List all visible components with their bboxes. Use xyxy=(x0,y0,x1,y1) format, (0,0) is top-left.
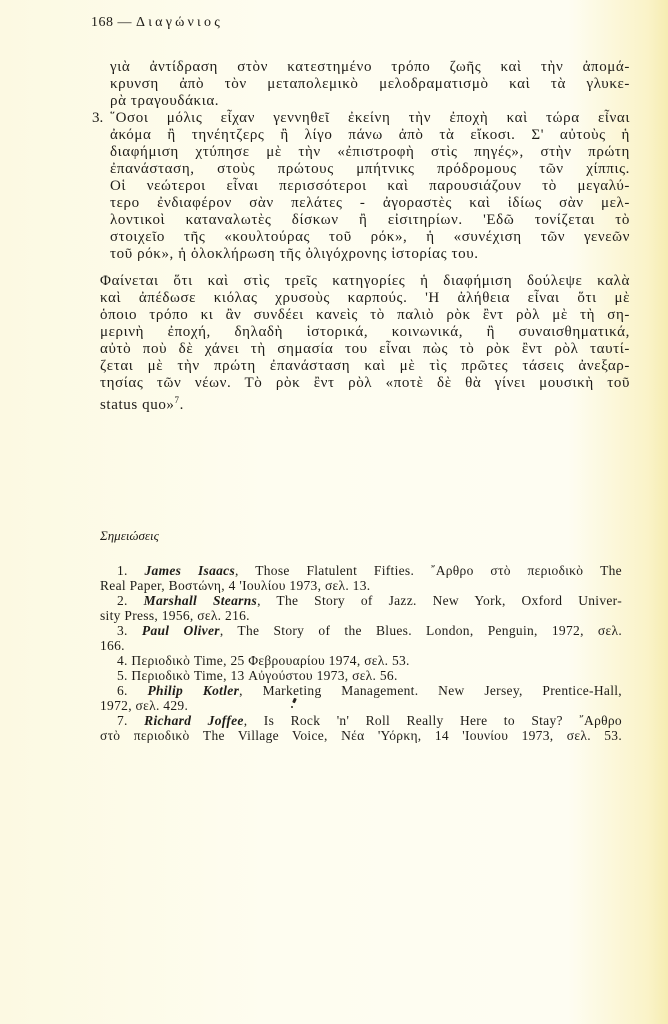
paragraph-line: καὶ ἀπέδωσε κιόλας χρυσοὺς καρπούς. 'Η ἀ… xyxy=(100,290,630,307)
note-1: 1. James Isaacs, Those Flatulent Fifties… xyxy=(117,563,622,578)
ink-speck xyxy=(291,706,293,708)
paragraph-line: ζεται μὲ τὴν πρώτη ἐπανάσταση καὶ μὲ τὶς… xyxy=(100,358,630,375)
body-line: κρυνση ἀπὸ τὸν μεταπολεμικὸ μελοδραματισ… xyxy=(110,76,630,93)
notes-heading: Σημειώσεις xyxy=(100,528,159,544)
note-4: 4. Περιοδικὸ Time, 25 Φεβρουαρίου 1974, … xyxy=(117,653,410,668)
body-line: ἀκόμα ἢ τηνέητζερς ἢ λίγο πάνω ἀπὸ τὰ εἴ… xyxy=(110,127,630,144)
note-3-cont: 166. xyxy=(100,638,125,653)
book-page: 168 — Διαγώνιος γιὰ ἀντίδραση στὸν κατεσ… xyxy=(0,0,668,1024)
page-number: 168 xyxy=(91,15,114,30)
body-line: τερο ἐνδιαφέρον σὰν πελάτες - ἀγοραστὲς … xyxy=(110,195,630,212)
note-3: 3. Paul Oliver, The Story of the Blues. … xyxy=(117,623,622,638)
body-line: διαφήμιση χτύπησε μὲ τὴν «ἐπιστροφὴ στὶς… xyxy=(110,144,630,161)
paragraph-line: μερινὴ ἐποχή, δηλαδὴ ἱστορικά, κοινωνικά… xyxy=(100,324,630,341)
note-6: 6. Philip Kotler, Marketing Management. … xyxy=(117,683,622,698)
note-2-cont: sity Press, 1956, σελ. 216. xyxy=(100,608,250,623)
note-7-cont: στὸ περιοδικὸ The Village Voice, Νέα 'Υό… xyxy=(100,728,622,743)
note-5: 5. Περιοδικὸ Time, 13 Αὐγούστου 1973, σε… xyxy=(117,668,398,683)
paragraph-line: ὁποιο τρόπο κι ἂν συνδέει κανεὶς τὸ παλι… xyxy=(100,307,630,324)
running-header: 168 — Διαγώνιος xyxy=(91,15,223,31)
journal-title: Διαγώνιος xyxy=(136,15,223,30)
body-line: ῞Οσοι μόλις εἶχαν γεννηθεῖ ἐκείνη τὴν ἐπ… xyxy=(110,110,630,127)
body-line: γιὰ ἀντίδραση στὸν κατεστημένο τρόπο ζωῆ… xyxy=(110,59,630,76)
body-line: ἐπανάσταση, στοὺς πρώτους μπήτνικς πρόδρ… xyxy=(110,161,630,178)
note-7: 7. Richard Joffee, Is Rock 'n' Roll Real… xyxy=(117,713,622,728)
paragraph-last-line: status quo»7. xyxy=(100,392,184,414)
note-6-cont: 1972, σελ. 429. xyxy=(100,698,188,713)
note-2: 2. Marshall Stearns, The Story of Jazz. … xyxy=(117,593,622,608)
paragraph-line: Φαίνεται ὅτι καὶ στὶς τρεῖς κατηγορίες ἡ… xyxy=(100,273,630,290)
header-dash: — xyxy=(118,15,133,30)
body-line: τοῦ ρόκ», ἡ ὁλοκλήρωση τῆς ὀλιγόχρονης ἱ… xyxy=(110,246,630,263)
paragraph-line: τησίας τῶν νέων. Τὸ ρὸκ ἒντ ρὸλ «ποτὲ δὲ… xyxy=(100,375,630,392)
body-line: λοντικοὶ καταναλωτὲς δίσκων ἢ εἰσιτηρίων… xyxy=(110,212,630,229)
body-line: στοιχεῖο τῆς «κουλτούρας τοῦ ρόκ», ἡ «συ… xyxy=(110,229,630,246)
ink-speck xyxy=(292,698,297,704)
list-number: 3. xyxy=(92,110,103,127)
body-line: ρὰ τραγουδάκια. xyxy=(110,93,630,110)
note-1-cont: Real Paper, Βοστώνη, 4 'Ιουλίου 1973, σε… xyxy=(100,578,370,593)
paragraph-line: αὐτὸ ποὺ δὲ χάνει τὴ σημασία του εἶναι π… xyxy=(100,341,630,358)
body-line: Οἱ νεώτεροι εἶναι περισσότεροι καὶ παρου… xyxy=(110,178,630,195)
